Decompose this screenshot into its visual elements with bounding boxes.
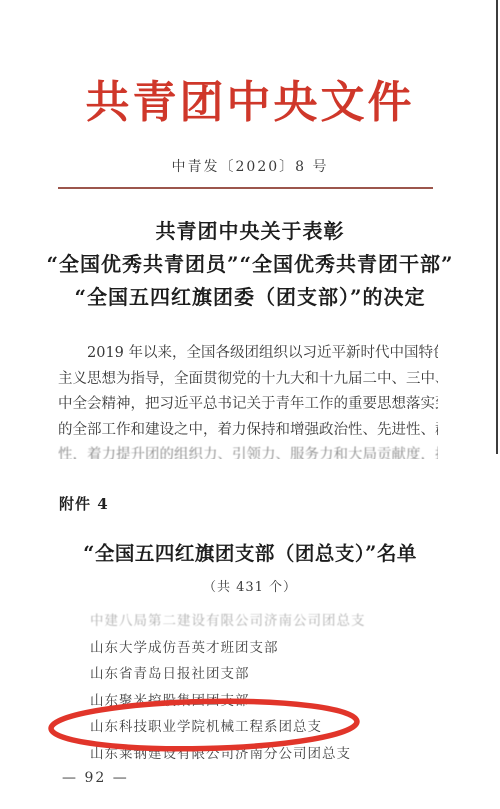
body-line: 主义思想为指导，全面贯彻党的十九大和十九届二中、三中、四 — [58, 367, 438, 393]
list-item: 山东莱钢建设有限公司济南分公司团总支 — [90, 741, 366, 768]
body-line: 2019 年以来，全国各级团组织以习近平新时代中国特色社会 — [58, 341, 438, 367]
body-paragraph: 2019 年以来，全国各级团组织以习近平新时代中国特色社会 主义思想为指导，全面… — [58, 341, 438, 459]
body-line: 的全部工作和建设之中，着力保持和增强政治性、先进性、群众 — [58, 418, 438, 444]
document-number: 中青发〔2020〕8 号 — [0, 156, 500, 176]
decision-title-line-2: “全国优秀共青团员”“全国优秀共青团干部” — [0, 248, 500, 281]
body-line: 中全会精神，把习近平总书记关于青年工作的重要思想落实到团 — [58, 392, 438, 418]
list-item: 山东聚米控股集团团支部 — [90, 688, 366, 715]
list-item: 山东大学成仿吾英才班团支部 — [90, 635, 366, 662]
list-item-faded: 中建八局第二建设有限公司济南公司团总支 — [90, 608, 366, 635]
award-list-count: （共 431 个） — [0, 576, 500, 595]
decision-title: 共青团中央关于表彰 “全国优秀共青团员”“全国优秀共青团干部” “全国五四红旗团… — [0, 215, 500, 314]
body-line-cut-at-seam: 性，着力提升团的组织力、引领力、服务力和大局贡献度，推动 — [58, 443, 438, 459]
award-list-title: “全国五四红旗团支部（团总支）”名单 — [0, 538, 500, 566]
header-divider-rule — [58, 187, 433, 189]
page-number: — 92 — — [62, 770, 129, 786]
official-document-page: 共青团中央文件 中青发〔2020〕8 号 共青团中央关于表彰 “全国优秀共青团员… — [0, 0, 500, 809]
attachment-label: 附件 4 — [59, 493, 109, 514]
decision-title-line-1: 共青团中央关于表彰 — [0, 215, 500, 248]
decision-title-line-3: “全国五四红旗团委（团支部）”的决定 — [0, 281, 500, 314]
award-list: 中建八局第二建设有限公司济南公司团总支 山东大学成仿吾英才班团支部 山东省青岛日… — [90, 608, 366, 768]
list-item-highlighted: 山东科技职业学院机械工程系团总支 — [90, 714, 366, 741]
list-item: 山东省青岛日报社团支部 — [90, 661, 366, 688]
document-banner-title: 共青团中央文件 — [0, 66, 500, 130]
